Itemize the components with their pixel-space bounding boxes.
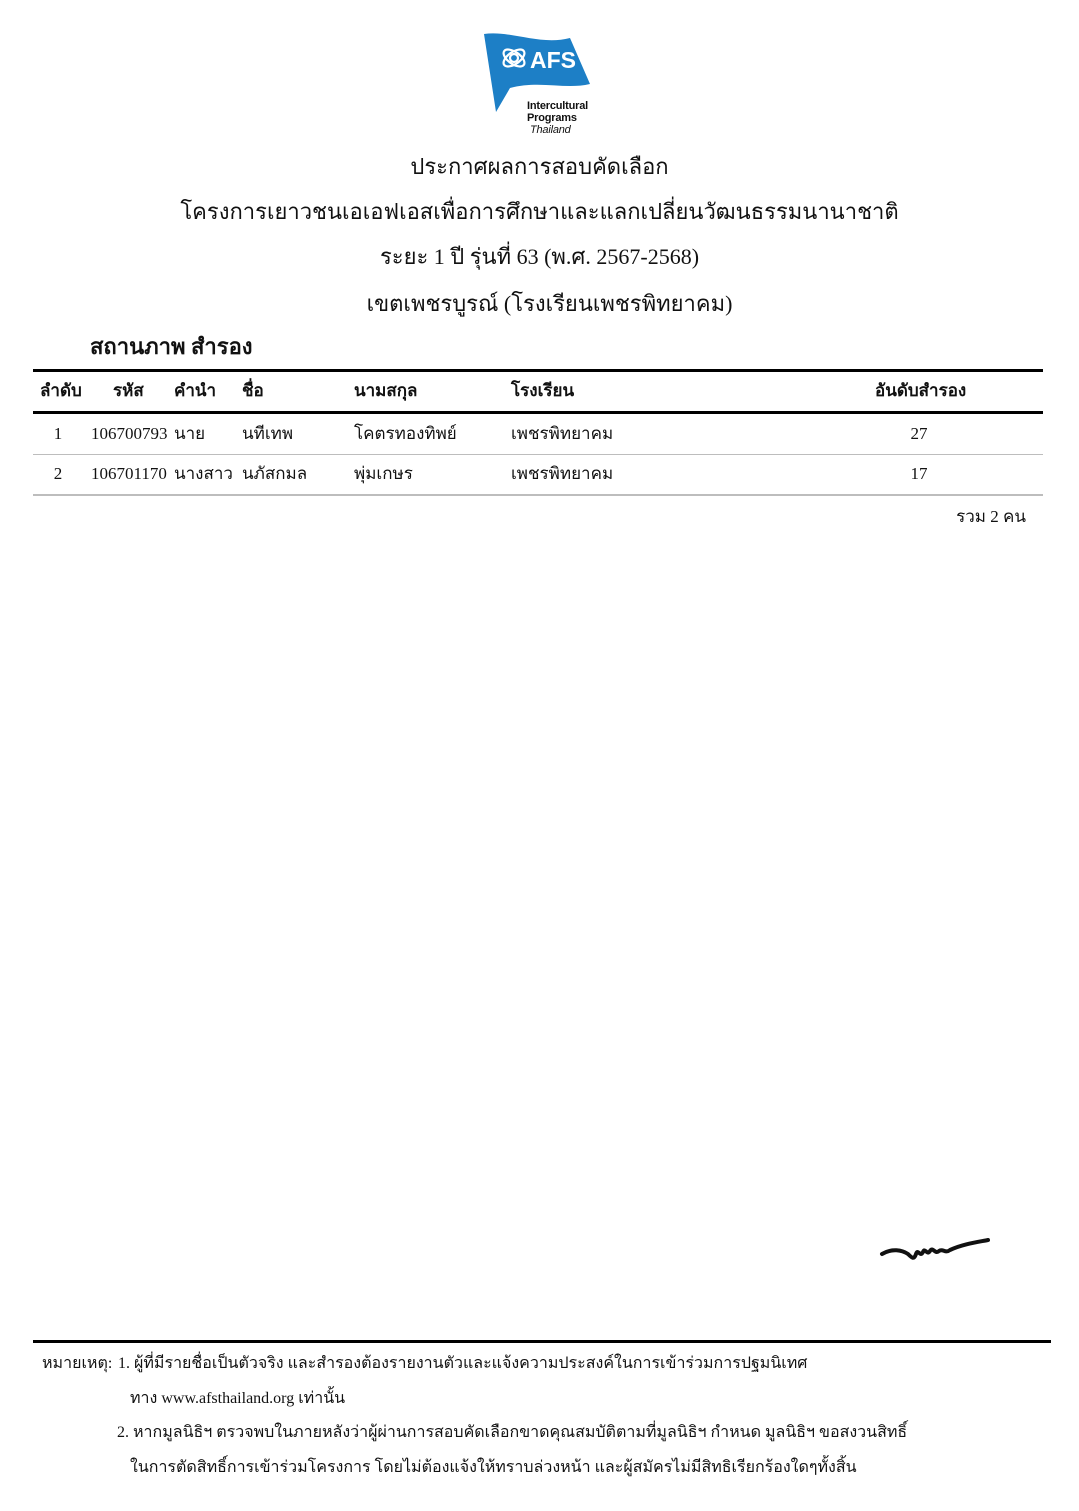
col-header-code: รหัส: [113, 380, 144, 402]
status-heading: สถานภาพ สำรอง: [90, 333, 253, 361]
footer-rule: [33, 1340, 1051, 1343]
col-header-name: ชื่อ: [242, 380, 264, 402]
program-term: ระยะ 1 ปี รุ่นที่ 63 (พ.ศ. 2567-2568): [0, 243, 1079, 271]
announcement-title: ประกาศผลการสอบคัดเลือก: [0, 153, 1079, 181]
note-1-line-2: ทาง www.afsthailand.org เท่านั้น: [130, 1389, 345, 1409]
row-prefix: นาย: [174, 423, 205, 445]
total-count: รวม 2 คน: [956, 506, 1026, 528]
logo-line-intercultural: Intercultural: [527, 100, 588, 112]
col-header-prefix: คำนำ: [174, 380, 216, 402]
notes-label: หมายเหตุ:: [42, 1354, 112, 1374]
row-surname: โคตรทองทิพย์: [354, 423, 457, 445]
table-header-rule: [33, 411, 1043, 414]
svg-text:AFS: AFS: [530, 47, 576, 73]
row-school: เพชรพิทยาคม: [511, 463, 613, 485]
row-divider: [33, 494, 1043, 496]
row-rank: 17: [880, 463, 958, 485]
logo-line-programs: Programs: [527, 112, 577, 124]
row-divider: [33, 454, 1043, 455]
row-rank: 27: [880, 423, 958, 445]
signature-icon: [878, 1232, 993, 1268]
row-name: นทีเทพ: [242, 423, 293, 445]
row-surname: พุ่มเกษร: [354, 463, 413, 485]
program-name: โครงการเยาวชนเอเอฟเอสเพื่อการศึกษาและแลก…: [0, 198, 1079, 226]
row-name: นภัสกมล: [242, 463, 307, 485]
table-top-rule: [33, 369, 1043, 372]
note-2-line-1: 2. หากมูลนิธิฯ ตรวจพบในภายหลังว่าผู้ผ่าน…: [117, 1423, 907, 1443]
logo-line-thailand: Thailand: [530, 124, 571, 136]
col-header-school: โรงเรียน: [511, 380, 574, 402]
note-1-line-1: 1. ผู้ที่มีรายชื่อเป็นตัวจริง และสำรองต้…: [118, 1354, 807, 1374]
col-header-no: ลำดับ: [40, 380, 82, 402]
row-prefix: นางสาว: [174, 463, 233, 485]
row-no: 2: [40, 463, 76, 485]
col-header-surname: นามสกุล: [354, 380, 417, 402]
row-no: 1: [40, 423, 76, 445]
row-code: 106700793: [91, 423, 168, 445]
col-header-rank: อันดับสำรอง: [875, 380, 966, 402]
row-school: เพชรพิทยาคม: [511, 423, 613, 445]
region-name: เขตเพชรบูรณ์ (โรงเรียนเพชรพิทยาคม): [10, 290, 1079, 318]
row-code: 106701170: [91, 463, 167, 485]
note-2-line-2: ในการตัดสิทธิ์การเข้าร่วมโครงการ โดยไม่ต…: [130, 1458, 857, 1478]
afs-logo: AFS Intercultural Programs Thailand: [470, 28, 600, 143]
